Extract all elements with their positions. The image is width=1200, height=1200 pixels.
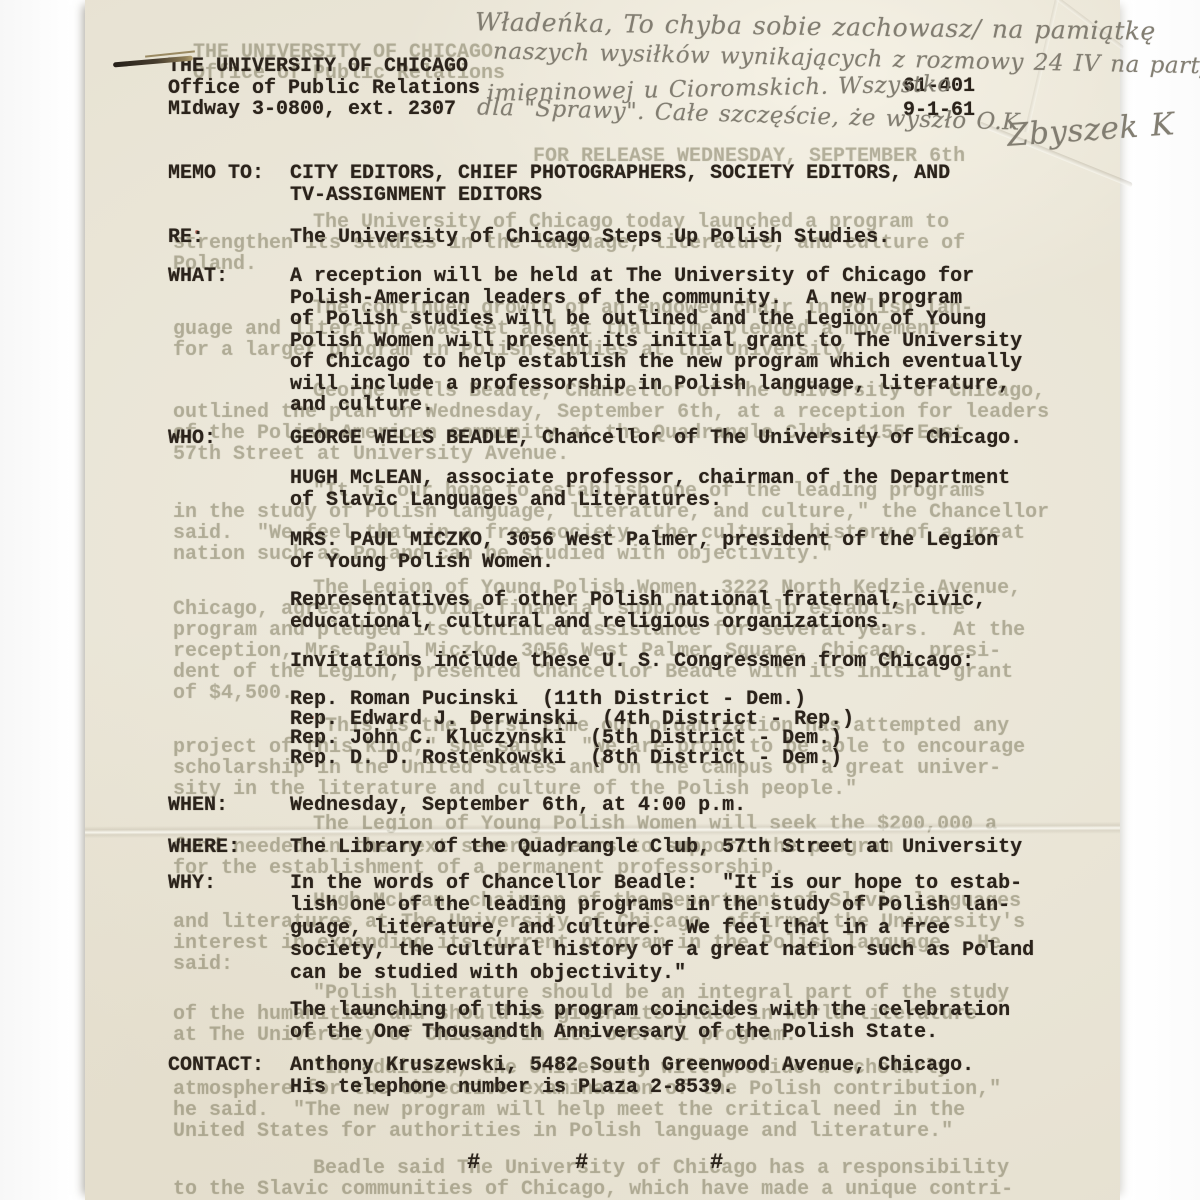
scanned-memo-document: THE UNIVERSITY OF CHICAGOOffice of Publi… xyxy=(0,0,1200,1200)
empty-label xyxy=(168,590,290,633)
empty-label xyxy=(168,690,290,768)
re-label: RE: xyxy=(168,227,290,249)
re-section: RE: The University of Chicago Steps Up P… xyxy=(168,227,890,249)
why-text: In the words of Chancellor Beadle: "It i… xyxy=(290,873,1034,985)
when-text: Wednesday, September 6th, at 4:00 p.m. xyxy=(290,795,746,817)
why-label: WHY: xyxy=(168,873,290,985)
who-miczko-paragraph: MRS. PAUL MICZKO, 3056 West Palmer, pres… xyxy=(168,530,998,573)
when-label: WHEN: xyxy=(168,795,290,817)
ghost-line: Beadle said The University of Chicago ha… xyxy=(313,1158,1009,1179)
ghost-line: he said. "The new program will help meet… xyxy=(173,1100,965,1121)
who-beadle-text: GEORGE WELLS BEADLE, Chancellor of The U… xyxy=(290,428,1022,450)
letterhead: THE UNIVERSITY OF CHICAGO Office of Publ… xyxy=(168,56,480,121)
congressmen-list: Rep. Roman Pucinski (11th District - Dem… xyxy=(168,690,854,768)
congressmen-text: Rep. Roman Pucinski (11th District - Dem… xyxy=(290,690,854,768)
memo-to-section: MEMO TO: CITY EDITORS, CHIEF PHOTOGRAPHE… xyxy=(168,163,950,206)
hash-mark: # xyxy=(467,1150,480,1175)
invitations-text: Invitations inċlude these U. S. Congress… xyxy=(290,651,974,673)
empty-label xyxy=(168,1000,290,1043)
representatives-text: Representatives of other Polish national… xyxy=(290,590,986,633)
empty-label xyxy=(168,530,290,573)
empty-label xyxy=(168,468,290,511)
ghost-line: United States for authorities in Polish … xyxy=(173,1121,953,1142)
launch-paragraph: The launching of this program coincides … xyxy=(168,1000,1010,1043)
who-section: WHO: GEORGE WELLS BEADLE, Chancellor of … xyxy=(168,428,1022,450)
who-miczko-text: MRS. PAUL MICZKO, 3056 West Palmer, pres… xyxy=(290,530,998,573)
who-label: WHO: xyxy=(168,428,290,450)
ghost-line: to the Slavic communities of Chicago, wh… xyxy=(173,1179,1013,1200)
where-text: The Library of the Quadrangle Club, 57th… xyxy=(290,837,1022,859)
re-text: The University of Chicago Steps Up Polis… xyxy=(290,227,890,249)
hash-mark: # xyxy=(710,1150,723,1175)
memo-to-label: MEMO TO: xyxy=(168,163,290,206)
contact-section: CONTACT: Anthony Kruszewski, 5482 South … xyxy=(168,1055,974,1098)
who-mclean-text: HUGH McLEAN, associate professor, chairm… xyxy=(290,468,1010,511)
what-label: WHAT: xyxy=(168,266,290,417)
what-section: WHAT: A reception will be held at The Un… xyxy=(168,266,1022,417)
paper: THE UNIVERSITY OF CHICAGOOffice of Publi… xyxy=(85,0,1120,1200)
hash-mark: # xyxy=(575,1150,588,1175)
what-text: A reception will be held at The Universi… xyxy=(290,266,1022,417)
invitations-paragraph: Invitations inċlude these U. S. Congress… xyxy=(168,651,974,673)
when-section: WHEN: Wednesday, September 6th, at 4:00 … xyxy=(168,795,746,817)
who-mclean-paragraph: HUGH McLEAN, associate professor, chairm… xyxy=(168,468,1010,511)
launch-text: The launching of this program coincides … xyxy=(290,1000,1010,1043)
contact-text: Anthony Kruszewski, 5482 South Greenwood… xyxy=(290,1055,974,1098)
representatives-paragraph: Representatives of other Polish national… xyxy=(168,590,986,633)
where-label: WHERE: xyxy=(168,837,290,859)
empty-label xyxy=(168,651,290,673)
memo-to-text: CITY EDITORS, CHIEF PHOTOGRAPHERS, SOCIE… xyxy=(290,163,950,206)
where-section: WHERE: The Library of the Quadrangle Clu… xyxy=(168,837,1022,859)
why-section: WHY: In the words of Chancellor Beadle: … xyxy=(168,873,1034,985)
contact-label: CONTACT: xyxy=(168,1055,290,1098)
